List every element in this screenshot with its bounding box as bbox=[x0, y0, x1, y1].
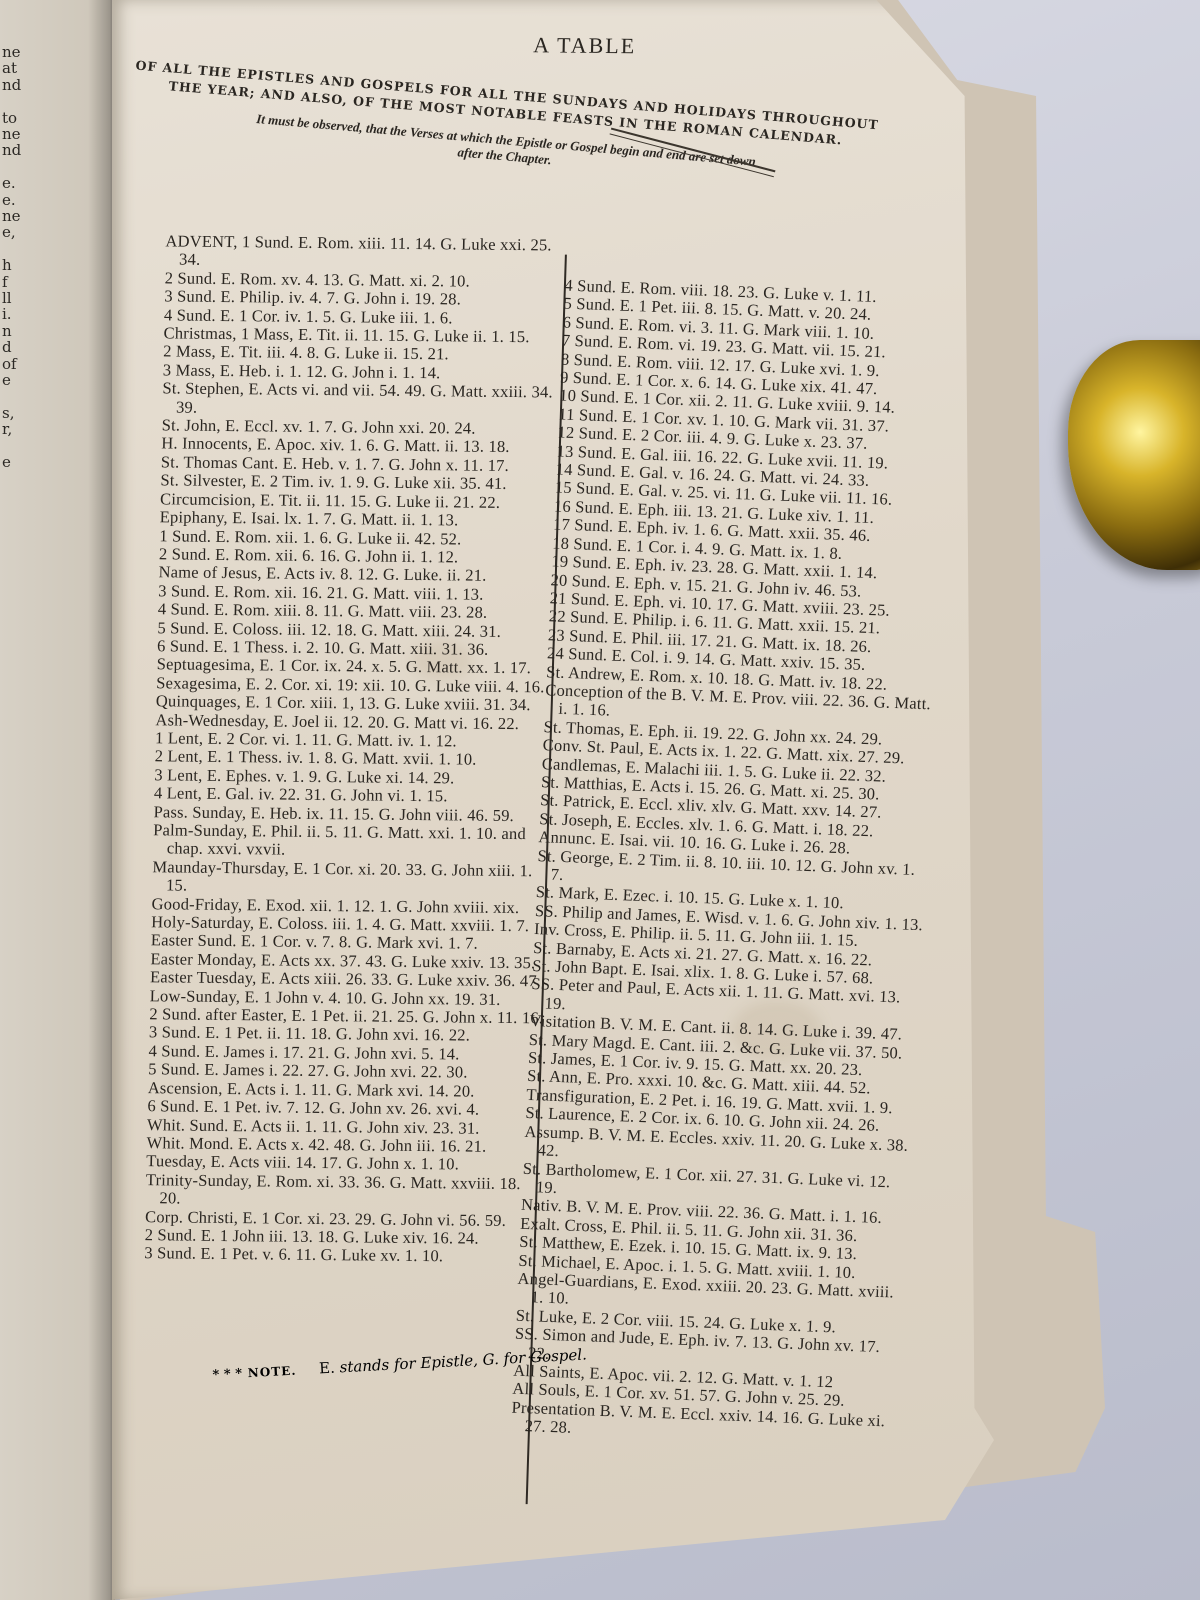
left-page-fragment: n bbox=[2, 323, 12, 339]
right-column: 4 Sund. E. Rom. viii. 18. 23. G. Luke v.… bbox=[510, 277, 954, 1450]
left-page-fragment: e, bbox=[2, 224, 16, 240]
note-abbrev-e: E. bbox=[319, 1359, 336, 1378]
left-page-fragment: ne bbox=[2, 126, 21, 142]
left-page-fragment: r, bbox=[2, 421, 12, 437]
table-entry: Palm-Sunday, E. Phil. ii. 5. 11. G. Matt… bbox=[153, 821, 554, 862]
left-page-fragment: e bbox=[2, 372, 11, 388]
left-page-fragment: e bbox=[2, 454, 11, 470]
table-entry: St. Stephen, E. Acts vi. and vii. 54. 49… bbox=[162, 380, 563, 421]
left-page-fragment: nd bbox=[2, 77, 21, 93]
left-page-fragment: i. bbox=[2, 306, 12, 322]
table-content: A TABLE OF ALL THE EPISTLES AND GOSPELS … bbox=[128, 28, 960, 141]
left-column: ADVENT, 1 Sund. E. Rom. xiii. 11. 14. G.… bbox=[144, 232, 566, 1267]
left-page-fragment: d bbox=[2, 339, 12, 355]
left-page-fragment: to bbox=[2, 110, 17, 126]
brass-ornament-clasp bbox=[1068, 340, 1200, 570]
asterism-icon: * * * bbox=[212, 1366, 243, 1383]
left-page-fragment: e. bbox=[2, 175, 16, 191]
table-entry: Maunday-Thursday, E. 1 Cor. xi. 20. 33. … bbox=[152, 858, 553, 899]
note-label: NOTE. bbox=[247, 1364, 296, 1381]
facing-left-page: neatndtonende.e.nee,hflli.ndofes,r,e bbox=[0, 0, 115, 1600]
left-page-fragment: ll bbox=[2, 290, 12, 306]
left-page-fragment: of bbox=[2, 356, 17, 372]
left-page-fragment: h bbox=[2, 257, 12, 273]
left-page-fragment: ne bbox=[2, 44, 21, 60]
left-page-fragment: at bbox=[2, 60, 17, 76]
left-page-fragment: s, bbox=[2, 405, 14, 421]
left-page-fragment: e. bbox=[2, 192, 16, 208]
table-entry: Trinity-Sunday, E. Rom. xi. 33. 36. G. M… bbox=[145, 1171, 546, 1212]
left-page-fragment: f bbox=[2, 274, 8, 290]
left-page-fragment: nd bbox=[2, 142, 21, 158]
table-entry: ADVENT, 1 Sund. E. Rom. xiii. 11. 14. G.… bbox=[165, 232, 566, 273]
left-page-fragment: ne bbox=[2, 208, 21, 224]
